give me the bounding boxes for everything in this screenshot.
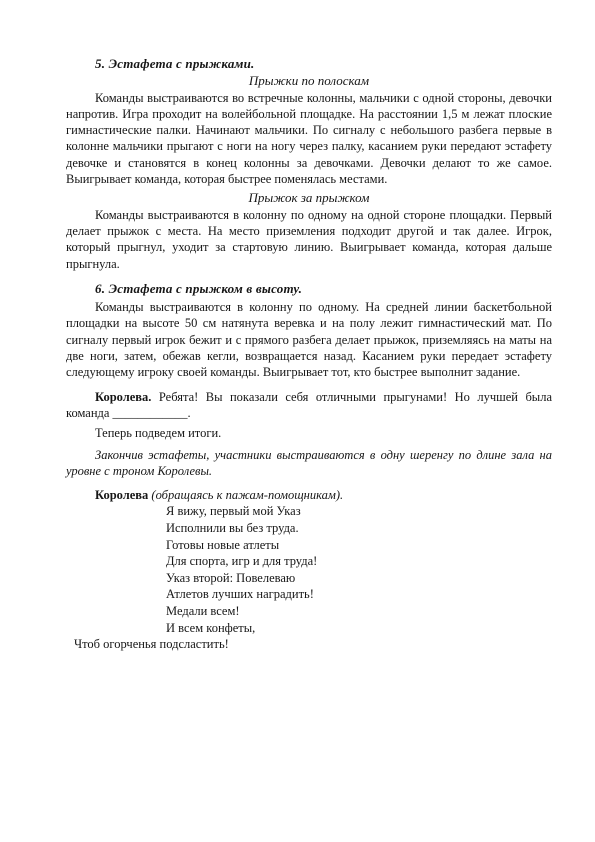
paragraph-game2-rules: Команды выстраиваются в колонну по одном… bbox=[66, 207, 552, 272]
heading-relay-6: 6. Эстафета с прыжком в высоту. bbox=[66, 281, 552, 297]
verse-line: И всем конфеты, bbox=[166, 620, 552, 637]
stage-direction-to-pages: (обращаясь к пажам-помощникам). bbox=[148, 488, 343, 502]
heading-relay-5: 5. Эстафета с прыжками. bbox=[66, 56, 552, 72]
verse-line: Исполнили вы без труда. bbox=[166, 520, 552, 537]
paragraph-game1-rules: Команды выстраиваются во встречные колон… bbox=[66, 90, 552, 188]
verse-line: Атлетов лучших наградить! bbox=[166, 586, 552, 603]
queen-verse-block: Я вижу, первый мой Указ Исполнили вы без… bbox=[166, 503, 552, 636]
verse-line: Готовы новые атлеты bbox=[166, 537, 552, 554]
verse-line: Медали всем! bbox=[166, 603, 552, 620]
paragraph-relay6-rules: Команды выстраиваются в колонну по одном… bbox=[66, 299, 552, 380]
verse-line: Я вижу, первый мой Указ bbox=[166, 503, 552, 520]
speaker-name-queen-2: Королева bbox=[95, 488, 148, 502]
paragraph-totals: Теперь подведем итоги. bbox=[66, 425, 552, 441]
verse-closing-line: Чтоб огорченья подсластить! bbox=[74, 636, 552, 653]
verse-line: Указ второй: Повелеваю bbox=[166, 570, 552, 587]
game-title-jumps-along-strips: Прыжки по полоскам bbox=[66, 73, 552, 89]
verse-line: Для спорта, игр и для труда! bbox=[166, 553, 552, 570]
speaker-name-queen: Королева. bbox=[95, 390, 151, 404]
paragraph-queen-speech-1: Королева. Ребята! Вы показали себя отлич… bbox=[66, 389, 552, 422]
game-title-jump-after-jump: Прыжок за прыжком bbox=[66, 190, 552, 206]
document-page: 5. Эстафета с прыжками. Прыжки по полоск… bbox=[0, 0, 595, 842]
fill-in-blank-underline: ____________ bbox=[113, 406, 188, 420]
queen-speech-1-tail: . bbox=[188, 406, 191, 420]
stage-direction-lineup: Закончив эстафеты, участники выстраивают… bbox=[66, 447, 552, 480]
paragraph-queen-speech-2-intro: Королева (обращаясь к пажам-помощникам). bbox=[66, 487, 552, 503]
